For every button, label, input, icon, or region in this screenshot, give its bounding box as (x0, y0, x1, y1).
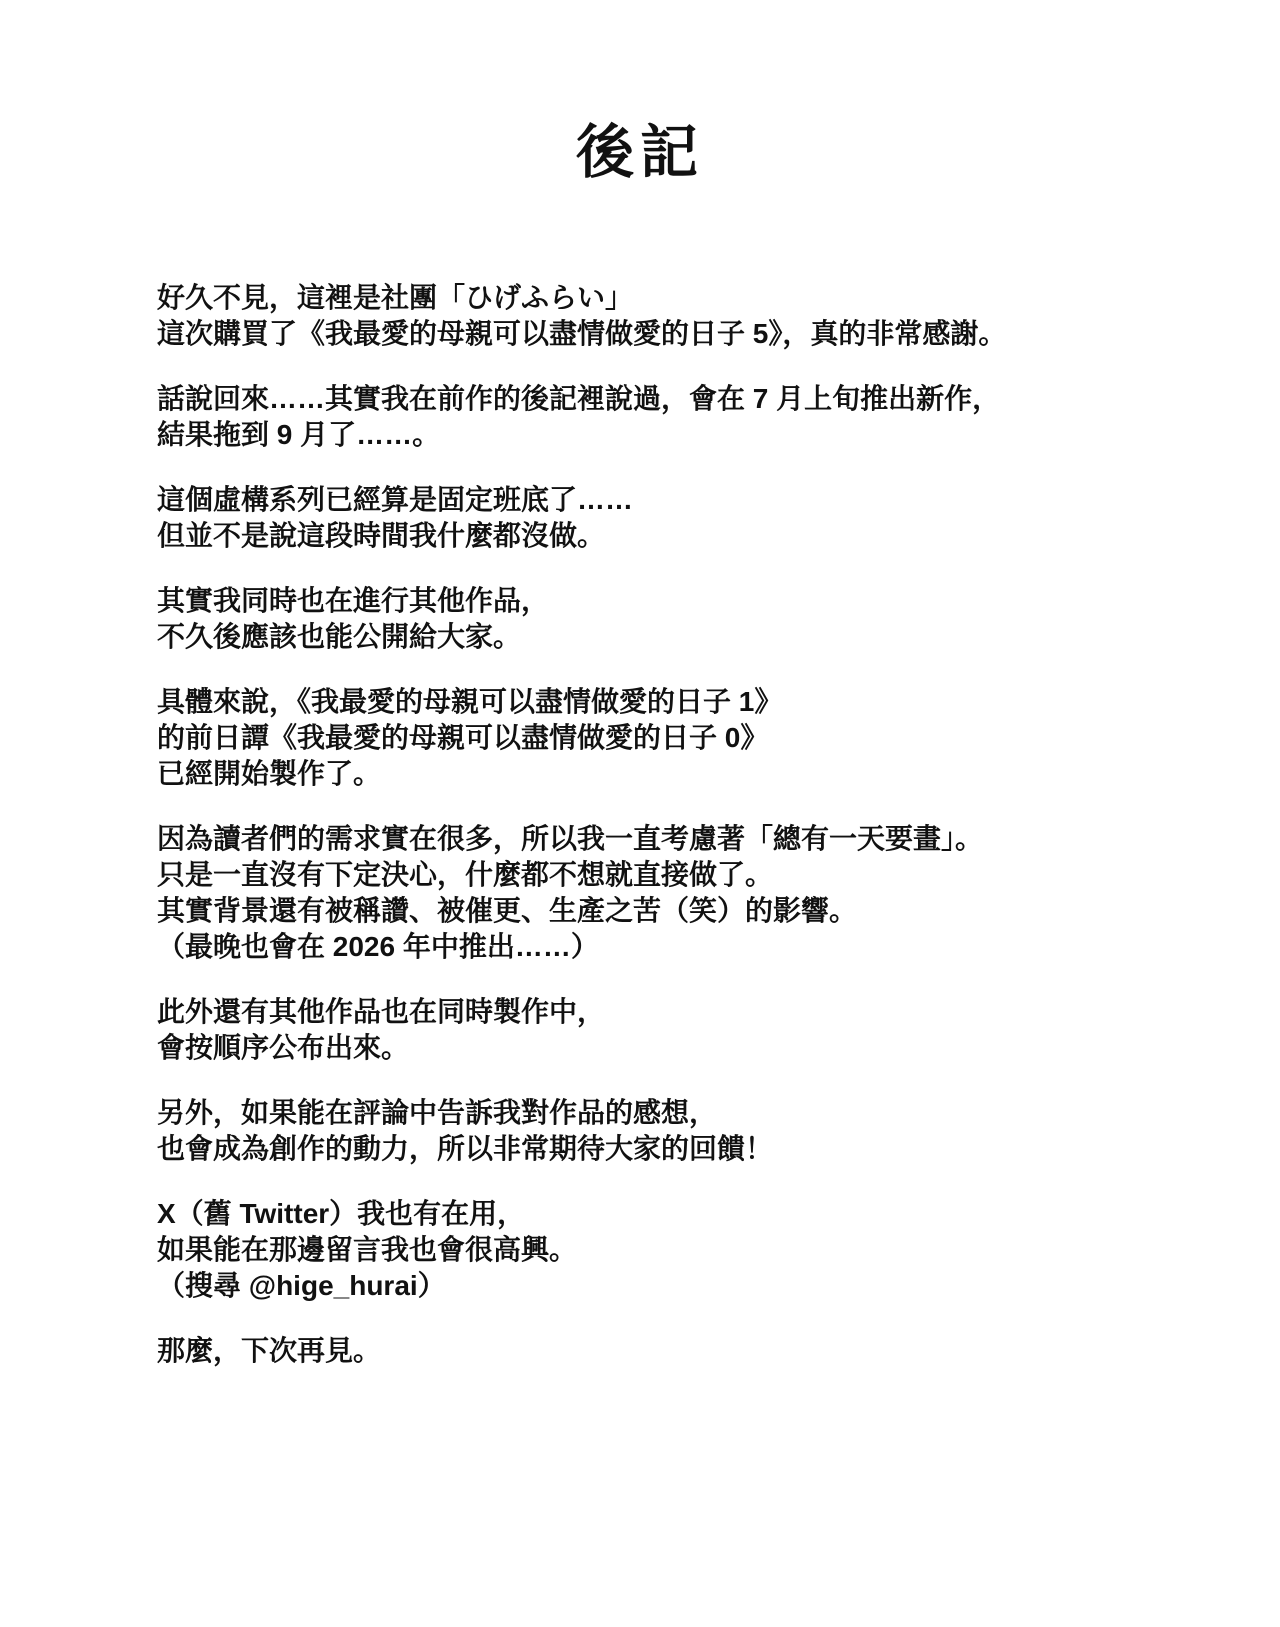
text-line: （搜尋 @hige_hurai） (157, 1268, 1180, 1304)
afterword-body: 好久不見，這裡是社團「ひげふらい」 這次購買了《我最愛的母親可以盡情做愛的日子 … (0, 280, 1280, 1369)
text-line: 結果拖到 9 月了……。 (157, 417, 1180, 453)
page-title: 後記 (0, 124, 1280, 182)
text-line: 如果能在那邊留言我也會很高興。 (157, 1232, 1180, 1268)
text-line: （最晚也會在 2026 年中推出……） (157, 929, 1180, 965)
afterword-page: 後記 好久不見，這裡是社團「ひげふらい」 這次購買了《我最愛的母親可以盡情做愛的… (0, 0, 1280, 1627)
text-line: 那麼，下次再見。 (157, 1333, 1180, 1369)
paragraph-prequel-announcement: 具體來說，《我最愛的母親可以盡情做愛的日子 1》 的前日譚《我最愛的母親可以盡情… (157, 684, 1180, 792)
text-line: 的前日譚《我最愛的母親可以盡情做愛的日子 0》 (157, 720, 1180, 756)
text-line: 具體來說，《我最愛的母親可以盡情做愛的日子 1》 (157, 684, 1180, 720)
text-line: 其實背景還有被稱讚、被催更、生產之苦（笑）的影響。 (157, 893, 1180, 929)
paragraph-more-works: 此外還有其他作品也在同時製作中， 會按順序公布出來。 (157, 994, 1180, 1066)
text-line: 因為讀者們的需求實在很多，所以我一直考慮著「總有一天要畫」。 (157, 821, 1180, 857)
paragraph-farewell: 那麼，下次再見。 (157, 1333, 1180, 1369)
text-line: 這次購買了《我最愛的母親可以盡情做愛的日子 5》，真的非常感謝。 (157, 316, 1180, 352)
paragraph-greeting: 好久不見，這裡是社團「ひげふらい」 這次購買了《我最愛的母親可以盡情做愛的日子 … (157, 280, 1180, 352)
text-line: 但並不是說這段時間我什麼都沒做。 (157, 518, 1180, 554)
text-line: 已經開始製作了。 (157, 756, 1180, 792)
text-line: 會按順序公布出來。 (157, 1030, 1180, 1066)
paragraph-other-works: 其實我同時也在進行其他作品， 不久後應該也能公開給大家。 (157, 583, 1180, 655)
paragraph-delay-apology: 話說回來……其實我在前作的後記裡說過，會在 7 月上旬推出新作， 結果拖到 9 … (157, 381, 1180, 453)
text-line: 其實我同時也在進行其他作品， (157, 583, 1180, 619)
paragraph-feedback-request: 另外，如果能在評論中告訴我對作品的感想， 也會成為創作的動力，所以非常期待大家的… (157, 1095, 1180, 1167)
text-line: 另外，如果能在評論中告訴我對作品的感想， (157, 1095, 1180, 1131)
paragraph-social-media: X（舊 Twitter）我也有在用， 如果能在那邊留言我也會很高興。 （搜尋 @… (157, 1196, 1180, 1304)
paragraph-reader-demand: 因為讀者們的需求實在很多，所以我一直考慮著「總有一天要畫」。 只是一直沒有下定決… (157, 821, 1180, 965)
text-line: 這個虛構系列已經算是固定班底了…… (157, 482, 1180, 518)
text-line: 只是一直沒有下定決心，什麼都不想就直接做了。 (157, 857, 1180, 893)
text-line: 不久後應該也能公開給大家。 (157, 619, 1180, 655)
text-line: 話說回來……其實我在前作的後記裡說過，會在 7 月上旬推出新作， (157, 381, 1180, 417)
paragraph-series-status: 這個虛構系列已經算是固定班底了…… 但並不是說這段時間我什麼都沒做。 (157, 482, 1180, 554)
text-line: 也會成為創作的動力，所以非常期待大家的回饋！ (157, 1131, 1180, 1167)
text-line: 好久不見，這裡是社團「ひげふらい」 (157, 280, 1180, 316)
text-line: 此外還有其他作品也在同時製作中， (157, 994, 1180, 1030)
text-line: X（舊 Twitter）我也有在用， (157, 1196, 1180, 1232)
